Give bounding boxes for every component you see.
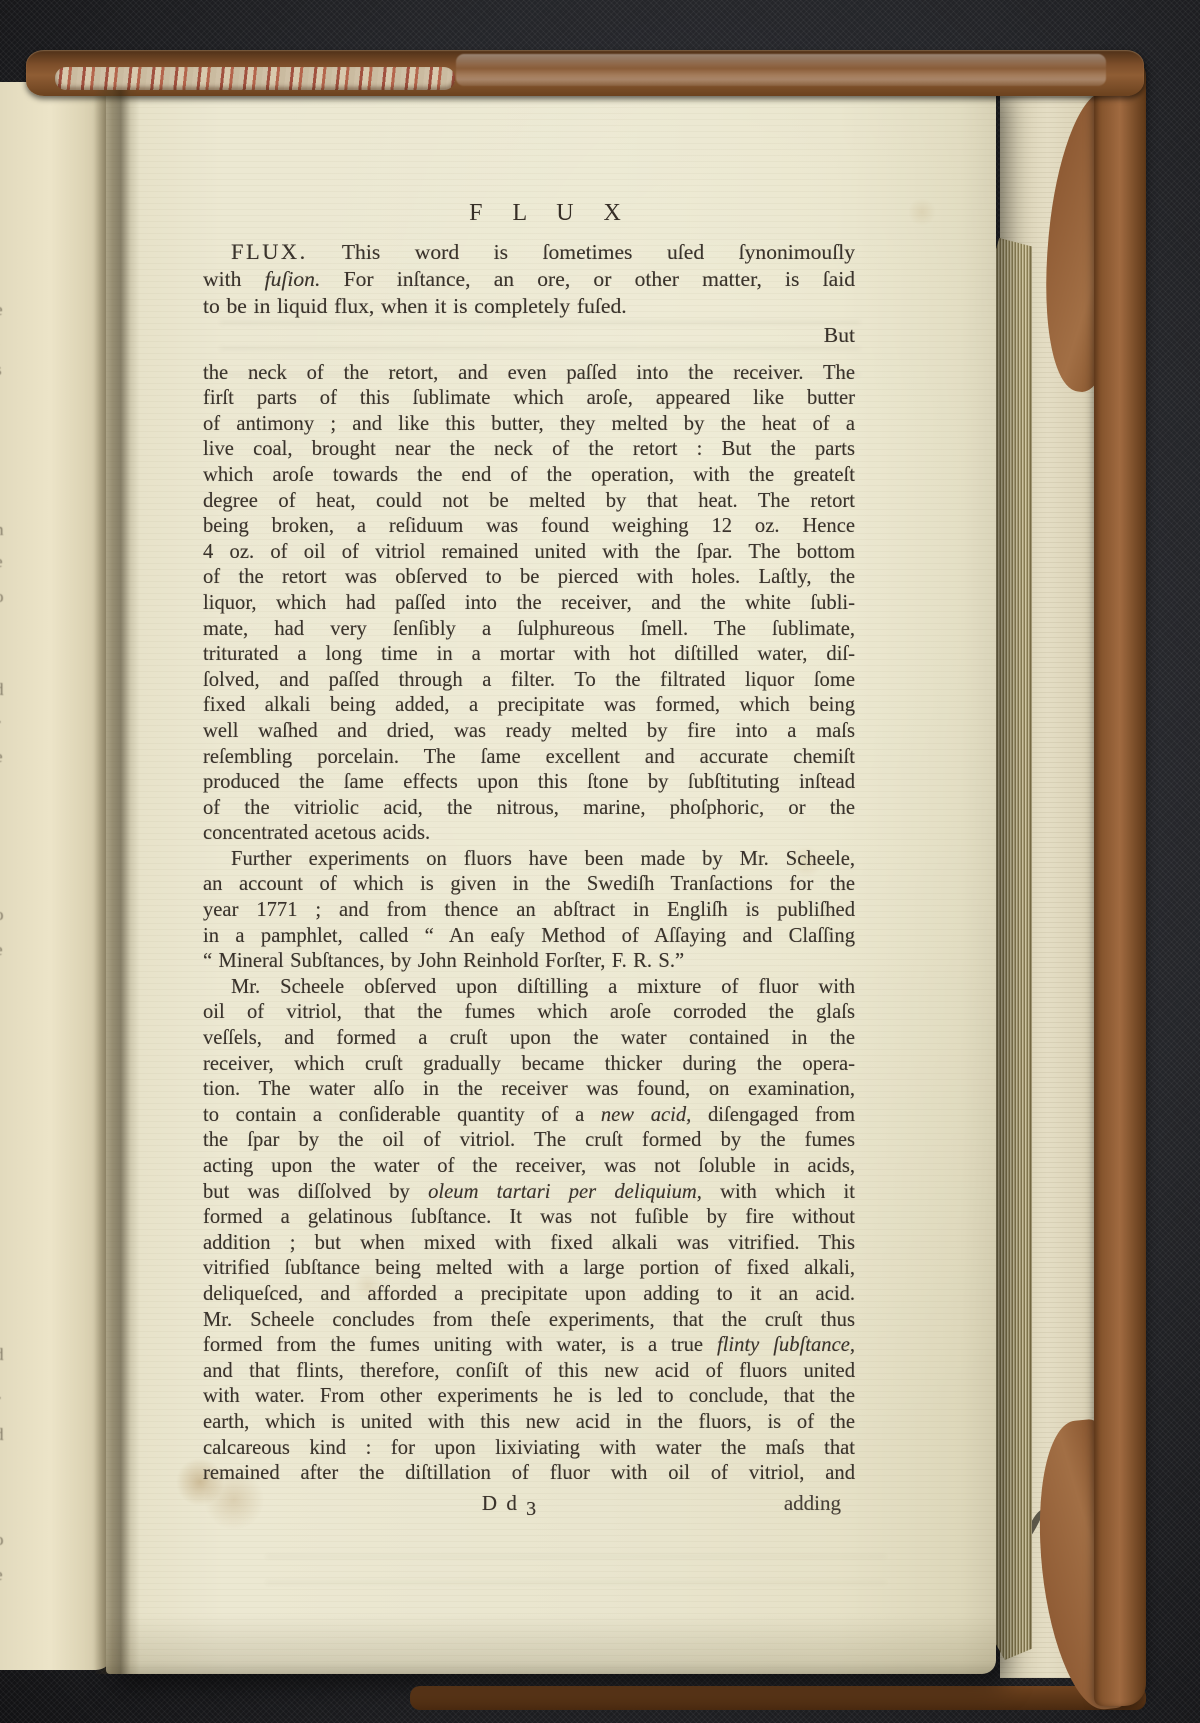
- gutter-glyph: d: [0, 680, 9, 700]
- photographed-book-scene: els,neodreoedrdoe F L U X FLUX. This wor…: [0, 0, 1200, 1723]
- text-segment: calcareous kind : for upon lixiviating w…: [203, 1437, 855, 1459]
- text-segment: live coal, brought near the neck of the …: [203, 438, 855, 460]
- text-line: live coal, brought near the neck of the …: [203, 437, 855, 463]
- text-segment: concentrated acetous acids.: [203, 822, 430, 844]
- text-line: in a pamphlet, called “ An eaſy Method o…: [203, 924, 855, 950]
- text-segment: veſſels, and formed a cruſt upon the wat…: [203, 1027, 855, 1049]
- text-segment: degree of heat, could not be melted by t…: [203, 490, 855, 512]
- catchword-top: But: [203, 323, 855, 351]
- text-segment: remained after the diſtillation of fluor…: [203, 1462, 855, 1484]
- text-segment: an account of which is given in the Swed…: [203, 873, 855, 895]
- text-line: of the vitriolic acid, the nitrous, mari…: [203, 796, 855, 822]
- paragraph: the neck of the retort, and even paſſed …: [203, 361, 855, 847]
- text-line: produced the ſame effects upon this ſton…: [203, 770, 855, 796]
- paragraph: Further experiments on fluors have been …: [203, 847, 855, 975]
- book-page: F L U X FLUX. This word is ſometimes uſe…: [106, 80, 996, 1674]
- text-line: to be in liquid flux, when it is complet…: [203, 293, 855, 320]
- text-segment: Mr. Scheele concludes from theſe experim…: [203, 1309, 855, 1331]
- gutter-glyph: o: [0, 587, 9, 607]
- text-line: tion. The water alſo in the receiver was…: [203, 1077, 855, 1103]
- text-segment: Mr. Scheele obſerved upon diſtilling a m…: [231, 976, 855, 998]
- gutter-glyph: s: [0, 360, 9, 380]
- text-line: “ Mineral Subſtances, by John Reinhold F…: [203, 949, 855, 975]
- text-segment: year 1771 ; and from thence an abſtract …: [203, 899, 855, 921]
- running-head: F L U X: [225, 200, 877, 232]
- gutter-glyph: e: [0, 747, 9, 767]
- page-bottom-shade: [106, 1614, 996, 1674]
- text-line: and that flints, therefore, conſiſt of t…: [203, 1359, 855, 1385]
- text-line: but was diſſolved by oleum tartari per d…: [203, 1180, 855, 1206]
- text-line: oil of vitriol, that the fumes which aro…: [203, 1000, 855, 1026]
- text-line: ſolved, and paſſed through a filter. To …: [203, 668, 855, 694]
- text-segment: Further experiments on fluors have been …: [231, 848, 855, 870]
- text-segment: and that flints, therefore, conſiſt of t…: [203, 1360, 855, 1382]
- text-line: liquor, which had paſſed into the receiv…: [203, 591, 855, 617]
- text-segment: produced the ſame effects upon this ſton…: [203, 771, 855, 793]
- gutter-glyph: n: [0, 520, 9, 540]
- gutter-glyph: o: [0, 1530, 9, 1550]
- text-segment: of antimony ; and like this butter, they…: [203, 413, 855, 435]
- text-segment: diſengaged from: [691, 1104, 855, 1126]
- catchword-bottom: adding: [784, 1491, 841, 1516]
- text-line: Further experiments on fluors have been …: [203, 847, 855, 873]
- text-line: Mr. Scheele obſerved upon diſtilling a m…: [203, 975, 855, 1001]
- paragraph: Mr. Scheele obſerved upon diſtilling a m…: [203, 975, 855, 1487]
- gutter-glyph: o: [0, 905, 9, 925]
- text-segment: D d: [482, 1491, 526, 1515]
- text-segment: which aroſe towards the end of the opera…: [203, 464, 855, 486]
- gutter-glyph: e: [0, 300, 9, 320]
- text-segment: FLUX.: [231, 239, 308, 264]
- text-segment: formed a gelatinous ſubſtance. It was no…: [203, 1206, 855, 1228]
- gutter-glyph: e: [0, 1565, 9, 1585]
- entry-body-paragraphs: the neck of the retort, and even paſſed …: [203, 361, 855, 1487]
- leather-cover-bottom-edge: [410, 1686, 1146, 1710]
- headband: [55, 67, 455, 90]
- page-fore-edge: [992, 238, 1032, 1660]
- text-segment: the neck of the retort, and even paſſed …: [203, 362, 855, 384]
- text-segment: in a pamphlet, called “ An eaſy Method o…: [203, 925, 855, 947]
- text-segment: liquor, which had paſſed into the receiv…: [203, 592, 855, 614]
- text-line: acting upon the water of the receiver, w…: [203, 1154, 855, 1180]
- text-line: formed from the fumes uniting with water…: [203, 1333, 855, 1359]
- text-segment: fixed alkali being added, a precipitate …: [203, 694, 855, 716]
- text-segment: 3: [526, 1498, 538, 1520]
- text-segment: new acid,: [601, 1104, 691, 1126]
- text-line: Mr. Scheele concludes from theſe experim…: [203, 1308, 855, 1334]
- text-line: of antimony ; and like this butter, they…: [203, 412, 855, 438]
- text-line: which aroſe towards the end of the opera…: [203, 463, 855, 489]
- text-segment: to be in liquid flux, when it is complet…: [203, 294, 627, 318]
- text-line: of the retort was obſerved to be pierced…: [203, 565, 855, 591]
- text-line: mate, had very ſenſibly a ſulphureous ſm…: [203, 617, 855, 643]
- text-line: remained after the diſtillation of fluor…: [203, 1461, 855, 1487]
- signature-mark: D d 3: [482, 1491, 538, 1516]
- gutter-glyph: d: [0, 1425, 9, 1445]
- text-segment: with: [203, 267, 265, 291]
- gutter-glyph: r: [0, 714, 9, 734]
- text-line: the ſpar by the oil of vitriol. The cruſ…: [203, 1128, 855, 1154]
- text-segment: with water. From other experiments he is…: [203, 1385, 855, 1407]
- text-line: receiver, which cruſt gradually became t…: [203, 1052, 855, 1078]
- text-segment: of the retort was obſerved to be pierced…: [203, 566, 855, 588]
- text-segment: oil of vitriol, that the fumes which aro…: [203, 1001, 855, 1023]
- text-line: fixed alkali being added, a precipitate …: [203, 693, 855, 719]
- text-line: being broken, a reſiduum was found weigh…: [203, 514, 855, 540]
- text-segment: tion. The water alſo in the receiver was…: [203, 1078, 855, 1100]
- text-line: formed a gelatinous ſubſtance. It was no…: [203, 1205, 855, 1231]
- text-segment: “ Mineral Subſtances, by John Reinhold F…: [203, 950, 684, 972]
- text-segment: well waſhed and dried, was ready melted …: [203, 720, 855, 742]
- text-line: with fuſion. For inſtance, an ore, or ot…: [203, 266, 855, 293]
- text-line: vitrified ſubſtance being melted with a …: [203, 1256, 855, 1282]
- text-line: veſſels, and formed a cruſt upon the wat…: [203, 1026, 855, 1052]
- text-line: earth, which is united with this new aci…: [203, 1410, 855, 1436]
- text-line: with water. From other experiments he is…: [203, 1384, 855, 1410]
- text-segment: reſembling porcelain. The ſame excellent…: [203, 746, 855, 768]
- entry-first-paragraph: FLUX. This word is ſometimes uſed ſynoni…: [203, 238, 855, 321]
- gutter-glyph: d: [0, 1345, 9, 1365]
- text-line: degree of heat, could not be melted by t…: [203, 489, 855, 515]
- text-segment: receiver, which cruſt gradually became t…: [203, 1053, 855, 1075]
- text-segment: to contain a conſiderable quantity of a: [203, 1104, 601, 1126]
- text-column: F L U X FLUX. This word is ſometimes uſe…: [203, 200, 855, 1521]
- paragraph: FLUX. This word is ſometimes uſed ſynoni…: [203, 238, 855, 321]
- text-segment: but was diſſolved by: [203, 1181, 428, 1203]
- gutter-glyph: e: [0, 552, 9, 572]
- text-line: triturated a long time in a mortar with …: [203, 642, 855, 668]
- text-segment: being broken, a reſiduum was found weigh…: [203, 515, 855, 537]
- text-line: 4 oz. of oil of vitriol remained united …: [203, 540, 855, 566]
- text-segment: formed from the fumes uniting with water…: [203, 1334, 717, 1356]
- text-line: calcareous kind : for upon lixiviating w…: [203, 1436, 855, 1462]
- text-segment: flinty ſubſtance,: [717, 1334, 855, 1356]
- text-segment: addition ; but when mixed with fixed alk…: [203, 1232, 855, 1254]
- text-segment: firſt parts of this ſublimate which aroſ…: [203, 387, 855, 409]
- text-line: an account of which is given in the Swed…: [203, 872, 855, 898]
- text-line: well waſhed and dried, was ready melted …: [203, 719, 855, 745]
- text-segment: the ſpar by the oil of vitriol. The cruſ…: [203, 1129, 855, 1151]
- text-segment: For inſtance, an ore, or other matter, i…: [320, 267, 855, 291]
- text-line: to contain a conſiderable quantity of a …: [203, 1103, 855, 1129]
- gutter-glyph: ,: [0, 390, 9, 410]
- tape-shine: [456, 54, 1106, 86]
- gutter-glyph: r: [0, 1390, 9, 1410]
- gutter-glyph: e: [0, 940, 9, 960]
- text-line: addition ; but when mixed with fixed alk…: [203, 1231, 855, 1257]
- text-segment: This word is ſometimes uſed ſynonimouſly: [308, 240, 855, 264]
- text-line: reſembling porcelain. The ſame excellent…: [203, 745, 855, 771]
- leather-cover-right: [1094, 56, 1146, 1706]
- text-line: concentrated acetous acids.: [203, 821, 855, 847]
- text-segment: fuſion.: [265, 267, 321, 291]
- text-line: the neck of the retort, and even paſſed …: [203, 361, 855, 387]
- text-line: deliqueſced, and afforded a precipitate …: [203, 1282, 855, 1308]
- text-segment: triturated a long time in a mortar with …: [203, 643, 855, 665]
- text-segment: ſolved, and paſſed through a filter. To …: [203, 669, 855, 691]
- signature-line: D d 3 adding: [203, 1491, 855, 1521]
- text-line: year 1771 ; and from thence an abſtract …: [203, 898, 855, 924]
- text-segment: of the vitriolic acid, the nitrous, mari…: [203, 797, 855, 819]
- text-segment: 4 oz. of oil of vitriol remained united …: [203, 541, 855, 563]
- gutter-glyph: l: [0, 330, 9, 350]
- text-line: firſt parts of this ſublimate which aroſ…: [203, 386, 855, 412]
- text-segment: with which it: [702, 1181, 855, 1203]
- facing-page-sliver: els,neodreoedrdoe: [0, 82, 112, 1670]
- text-segment: mate, had very ſenſibly a ſulphureous ſm…: [203, 618, 855, 640]
- text-segment: acting upon the water of the receiver, w…: [203, 1155, 855, 1177]
- text-segment: deliqueſced, and afforded a precipitate …: [203, 1283, 855, 1305]
- show-through-ghost-text: [266, 1532, 886, 1584]
- text-line: FLUX. This word is ſometimes uſed ſynoni…: [203, 238, 855, 266]
- text-segment: vitrified ſubſtance being melted with a …: [203, 1257, 855, 1279]
- text-segment: earth, which is united with this new aci…: [203, 1411, 855, 1433]
- text-segment: oleum tartari per deliquium,: [428, 1181, 702, 1203]
